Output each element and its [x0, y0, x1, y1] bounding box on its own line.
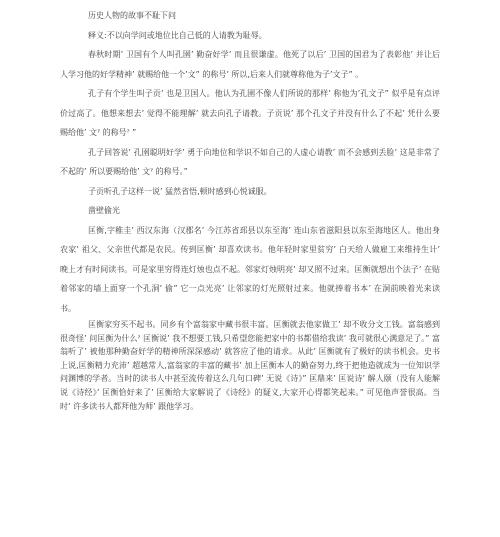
document-page: 历史人物的故事不耻下问 释义:不以向学问或地位比自己低的人请教为耻辱。 春秋时期…: [0, 0, 500, 537]
paragraph-story1-confucius-answer: 孔子回答说’ 孔圉聪明好学’ 勇于向地位和学识不如自己的人虚心请教’ 而不会感到…: [60, 143, 440, 182]
paragraph-story2-kuangheng-intro: 匡衡,字稚圭’ 西汉东海（汉郡名’ 今江苏省邳县以东至海’ 连山东省滋阳县以东至…: [60, 221, 440, 319]
document-title: 历史人物的故事不耻下问: [60, 6, 440, 26]
paragraph-story2-kuangheng-scholar: 匡衡家穷买不起书。同乡有个富翁家中藏书很丰富。匡衡就去他家做工’ 却不收分文工钱…: [60, 318, 440, 413]
paragraph-story1-zigong-question: 孔子有个学生叫子贡’ 也是卫国人。他认为孔圉不像人们所说的那样’ 称他为’孔文子…: [60, 84, 440, 143]
section-heading-zaobitouguang: 凿壁偷光: [60, 201, 440, 221]
definition-line: 释义:不以向学问或地位比自己低的人请教为耻辱。: [60, 26, 440, 46]
paragraph-story1-conclusion: 子贡听孔子这样一说’ 猛然省悟,顿时感到心悦诚服。: [60, 182, 440, 202]
paragraph-story1-origin: 春秋时期’ 卫国有个人叫孔圉’ 勤奋好学’ 而且很谦虚。他死了以后’ 卫国的国君…: [60, 45, 440, 84]
